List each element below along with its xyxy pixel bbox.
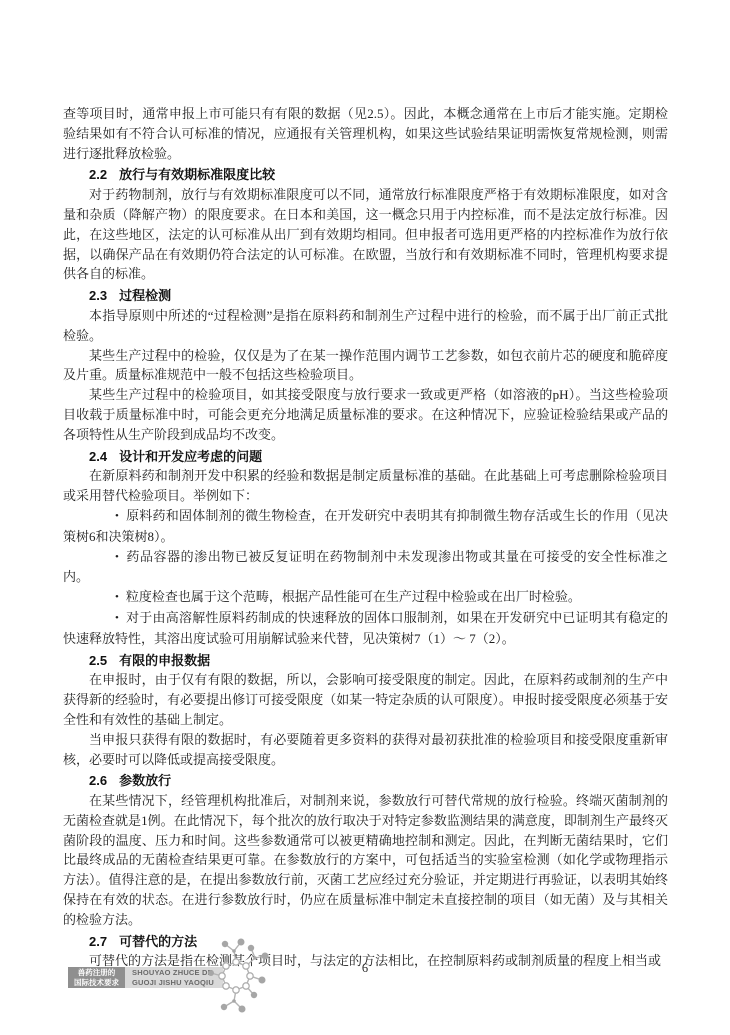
bullet-text: 原料药和固体制剂的微生物检查，在开发研究中表明其有抑制微生物存活或生长的作用（见… bbox=[63, 508, 668, 544]
bullet-text: 粒度检查也属于这个范畴，根据产品性能可在生产过程中检验或在出厂时检验。 bbox=[126, 589, 581, 604]
section-number: 2.4 bbox=[89, 449, 107, 464]
bullet-icon: • bbox=[89, 548, 119, 568]
document-page: 查等项目时，通常申报上市可能只有有限的数据（见2.5）。因此，本概念通常在上市后… bbox=[0, 0, 730, 1035]
section-number: 2.2 bbox=[89, 167, 107, 182]
section-heading: 2.3过程检测 bbox=[63, 286, 668, 306]
logo-pinyin-line2: GUOJI JISHU YAOQIU bbox=[132, 978, 214, 988]
section-title: 参数放行 bbox=[119, 773, 171, 788]
bullet-item: •对于由高溶解性原料药制成的快速释放的固体口服制剂，如果在开发研究中已证明其有稳… bbox=[63, 608, 668, 649]
section-2-5: 2.5有限的申报数据 在申报时，由于仅有有限的数据，所以，会影响可接受限度的制定… bbox=[63, 651, 668, 770]
section-2-2: 2.2放行与有效期标准限度比较 对于药物制剂，放行与有效期标准限度可以不同，通常… bbox=[63, 165, 668, 284]
bullet-icon: • bbox=[89, 609, 119, 629]
paragraph: 对于药物制剂，放行与有效期标准限度可以不同，通常放行标准限度严格于有效期标准限度… bbox=[63, 185, 668, 284]
section-title: 放行与有效期标准限度比较 bbox=[119, 167, 275, 182]
paragraph: 在某些情况下，经管理机构批准后，对制剂来说，参数放行可替代常规的放行检验。终端灭… bbox=[63, 791, 668, 930]
paragraph: 某些生产过程中的检验，仅仅是为了在某一操作范围内调节工艺参数，如包衣前片芯的硬度… bbox=[63, 346, 668, 386]
section-number: 2.3 bbox=[89, 288, 107, 303]
section-title: 设计和开发应考虑的问题 bbox=[119, 449, 262, 464]
section-title: 有限的申报数据 bbox=[119, 653, 210, 668]
bullet-item: •原料药和固体制剂的微生物检查，在开发研究中表明其有抑制微生物存活或生长的作用（… bbox=[63, 506, 668, 547]
paragraph-continuation: 查等项目时，通常申报上市可能只有有限的数据（见2.5）。因此，本概念通常在上市后… bbox=[63, 104, 668, 163]
paragraph: 本指导原则中所述的“过程检测”是指在原料药和制剂生产过程中进行的检验，而不属于出… bbox=[63, 306, 668, 346]
section-title: 过程检测 bbox=[119, 288, 171, 303]
bullet-icon: • bbox=[89, 507, 119, 527]
section-number: 2.7 bbox=[89, 934, 107, 949]
page-content: 查等项目时，通常申报上市可能只有有限的数据（见2.5）。因此，本概念通常在上市后… bbox=[63, 104, 668, 971]
bullet-icon: • bbox=[89, 588, 119, 608]
section-number: 2.6 bbox=[89, 773, 107, 788]
section-2-6: 2.6参数放行 在某些情况下，经管理机构批准后，对制剂来说，参数放行可替代常规的… bbox=[63, 771, 668, 929]
paragraph: 当申报只获得有限的数据时，有必要随着更多资料的获得对最初获批准的检验项目和接受限… bbox=[63, 730, 668, 770]
section-number: 2.5 bbox=[89, 653, 107, 668]
bullet-item: •药品容器的渗出物已被反复证明在药物制剂中未发现渗出物或其量在可接受的安全性标准… bbox=[63, 547, 668, 588]
page-number: 6 bbox=[0, 961, 730, 976]
bullet-item: •粒度检查也属于这个范畴，根据产品性能可在生产过程中检验或在出厂时检验。 bbox=[63, 587, 668, 608]
section-title: 可替代的方法 bbox=[119, 934, 197, 949]
paragraph: 在申报时，由于仅有有限的数据，所以，会影响可接受限度的制定。因此，在原料药或制剂… bbox=[63, 670, 668, 729]
section-2-4: 2.4设计和开发应考虑的问题 在新原料药和制剂开发中积累的经验和数据是制定质量标… bbox=[63, 447, 668, 649]
molecule-icon bbox=[204, 936, 272, 1016]
bullet-text: 对于由高溶解性原料药制成的快速释放的固体口服制剂，如果在开发研究中已证明其有稳定… bbox=[63, 610, 668, 646]
section-heading: 2.5有限的申报数据 bbox=[63, 651, 668, 671]
paragraph: 某些生产过程中的检验项目，如其接受限度与放行要求一致或更严格（如溶液的pH）。当… bbox=[63, 385, 668, 444]
logo-cn-line2: 国际技术要求 bbox=[74, 978, 119, 988]
paragraph: 在新原料药和制剂开发中积累的经验和数据是制定质量标准的基础。在此基础上可考虑删除… bbox=[63, 466, 668, 506]
section-heading: 2.6参数放行 bbox=[63, 771, 668, 791]
section-heading: 2.7可替代的方法 bbox=[63, 932, 668, 952]
section-2-3: 2.3过程检测 本指导原则中所述的“过程检测”是指在原料药和制剂生产过程中进行的… bbox=[63, 286, 668, 444]
bullet-text: 药品容器的渗出物已被反复证明在药物制剂中未发现渗出物或其量在可接受的安全性标准之… bbox=[63, 549, 668, 585]
section-heading: 2.2放行与有效期标准限度比较 bbox=[63, 165, 668, 185]
section-heading: 2.4设计和开发应考虑的问题 bbox=[63, 447, 668, 467]
